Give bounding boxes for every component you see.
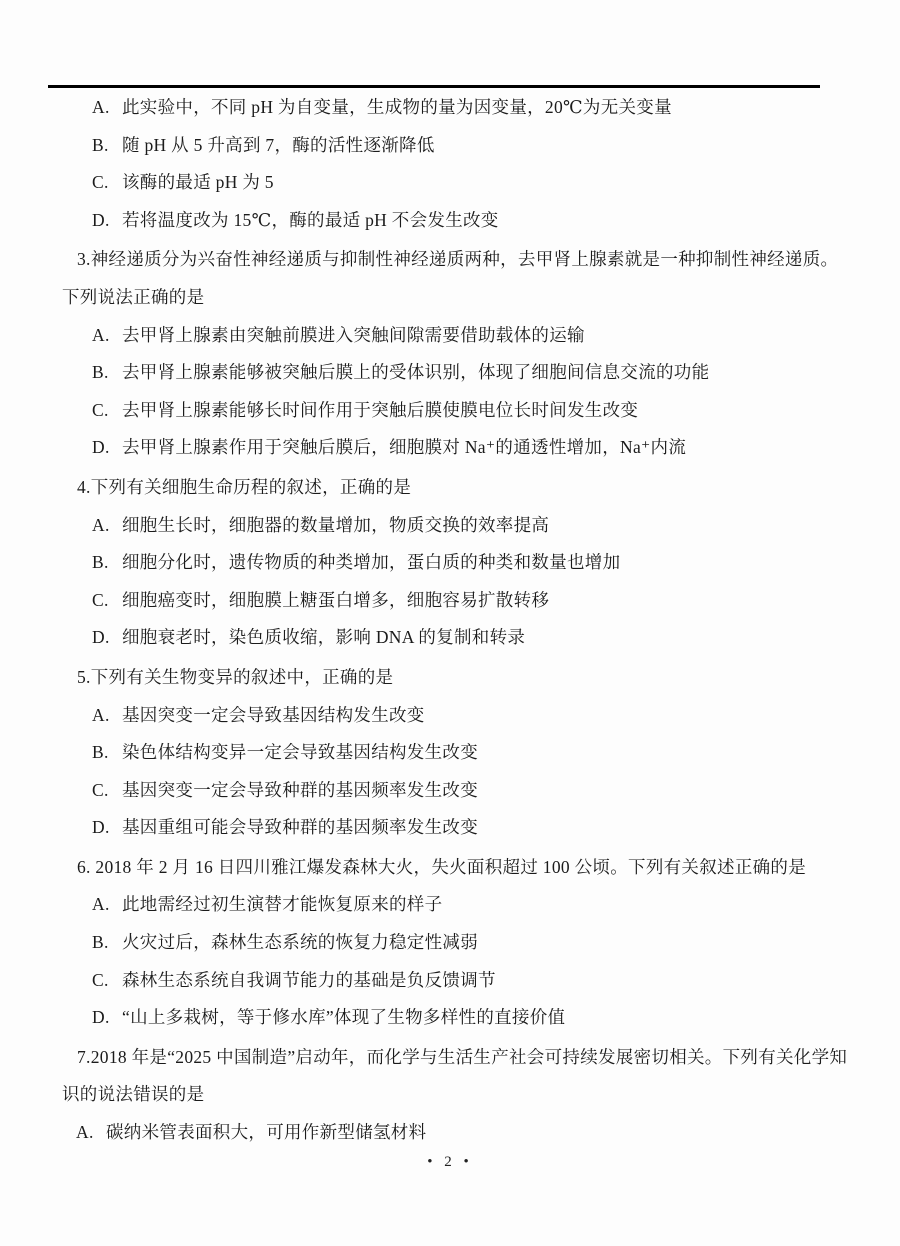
- question-block: 4.下列有关细胞生命历程的叙述，正确的是A.细胞生长时，细胞器的数量增加，物质交…: [0, 469, 860, 657]
- option-text: 该酶的最适 pH 为 5: [122, 164, 848, 202]
- option-text: 细胞衰老时，染色质收缩，影响 DNA 的复制和转录: [122, 619, 848, 657]
- option-row: A.此实验中，不同 pH 为自变量，生成物的量为因变量，20℃为无关变量: [92, 89, 848, 127]
- option-row: B.细胞分化时，遗传物质的种类增加，蛋白质的种类和数量也增加: [92, 544, 848, 582]
- option-text: 基因重组可能会导致种群的基因频率发生改变: [122, 809, 848, 847]
- option-row: D.“山上多栽树，等于修水库”体现了生物多样性的直接价值: [92, 999, 848, 1037]
- option-row: B.火灾过后，森林生态系统的恢复力稳定性减弱: [92, 924, 848, 962]
- option-text: 染色体结构变异一定会导致基因结构发生改变: [122, 734, 848, 772]
- option-label: B.: [92, 734, 122, 772]
- option-text: 基因突变一定会导致种群的基因频率发生改变: [122, 772, 848, 810]
- option-text: 森林生态系统自我调节能力的基础是负反馈调节: [122, 962, 848, 1000]
- option-text: 细胞分化时，遗传物质的种类增加，蛋白质的种类和数量也增加: [122, 544, 848, 582]
- option-label: A.: [92, 886, 122, 924]
- option-label: D.: [92, 619, 122, 657]
- option-label: C.: [92, 164, 122, 202]
- option-text: 细胞生长时，细胞器的数量增加，物质交换的效率提高: [122, 507, 848, 545]
- option-row: B.随 pH 从 5 升高到 7，酶的活性逐渐降低: [92, 127, 848, 165]
- option-row: D.细胞衰老时，染色质收缩，影响 DNA 的复制和转录: [92, 619, 848, 657]
- option-label: A.: [76, 1114, 106, 1152]
- question-stem: 5.下列有关生物变异的叙述中，正确的是: [62, 659, 848, 697]
- option-text: 去甲肾上腺素由突触前膜进入突触间隙需要借助载体的运输: [122, 317, 848, 355]
- option-row: D.去甲肾上腺素作用于突触后膜后，细胞膜对 Na⁺的通透性增加，Na⁺内流: [92, 429, 848, 467]
- option-label: C.: [92, 772, 122, 810]
- question-block: 6. 2018 年 2 月 16 日四川雅江爆发森林大火，失火面积超过 100 …: [0, 849, 860, 1037]
- option-row: C.细胞癌变时，细胞膜上糖蛋白增多，细胞容易扩散转移: [92, 582, 848, 620]
- option-row: C.森林生态系统自我调节能力的基础是负反馈调节: [92, 962, 848, 1000]
- option-label: B.: [92, 544, 122, 582]
- question-block: 3.神经递质分为兴奋性神经递质与抑制性神经递质两种，去甲肾上腺素就是一种抑制性神…: [0, 241, 860, 467]
- option-row: A.此地需经过初生演替才能恢复原来的样子: [92, 886, 848, 924]
- question-stem: 7.2018 年是“2025 中国制造”启动年，而化学与生活生产社会可持续发展密…: [62, 1039, 848, 1114]
- option-row: D.若将温度改为 15℃，酶的最适 pH 不会发生改变: [92, 202, 848, 240]
- option-text: 火灾过后，森林生态系统的恢复力稳定性减弱: [122, 924, 848, 962]
- option-label: B.: [92, 924, 122, 962]
- question-block: 7.2018 年是“2025 中国制造”启动年，而化学与生活生产社会可持续发展密…: [0, 1039, 860, 1152]
- option-text: 去甲肾上腺素能够长时间作用于突触后膜使膜电位长时间发生改变: [122, 392, 848, 430]
- option-label: A.: [92, 697, 122, 735]
- option-label: C.: [92, 582, 122, 620]
- option-label: A.: [92, 89, 122, 127]
- option-text: 若将温度改为 15℃，酶的最适 pH 不会发生改变: [122, 202, 848, 240]
- exam-page: A.此实验中，不同 pH 为自变量，生成物的量为因变量，20℃为无关变量B.随 …: [0, 0, 900, 1246]
- question-stem: 6. 2018 年 2 月 16 日四川雅江爆发森林大火，失火面积超过 100 …: [62, 849, 848, 887]
- option-text: 细胞癌变时，细胞膜上糖蛋白增多，细胞容易扩散转移: [122, 582, 848, 620]
- option-label: C.: [92, 962, 122, 1000]
- option-text: 基因突变一定会导致基因结构发生改变: [122, 697, 848, 735]
- option-row: A.去甲肾上腺素由突触前膜进入突触间隙需要借助载体的运输: [92, 317, 848, 355]
- option-text: “山上多栽树，等于修水库”体现了生物多样性的直接价值: [122, 999, 848, 1037]
- option-row: D.基因重组可能会导致种群的基因频率发生改变: [92, 809, 848, 847]
- option-label: A.: [92, 507, 122, 545]
- option-label: B.: [92, 127, 122, 165]
- option-row: B.染色体结构变异一定会导致基因结构发生改变: [92, 734, 848, 772]
- option-text: 随 pH 从 5 升高到 7，酶的活性逐渐降低: [122, 127, 848, 165]
- option-row: C.基因突变一定会导致种群的基因频率发生改变: [92, 772, 848, 810]
- option-text: 碳纳米管表面积大，可用作新型储氢材料: [106, 1114, 832, 1152]
- question-block: A.此实验中，不同 pH 为自变量，生成物的量为因变量，20℃为无关变量B.随 …: [0, 89, 860, 239]
- option-text: 此地需经过初生演替才能恢复原来的样子: [122, 886, 848, 924]
- exam-content: A.此实验中，不同 pH 为自变量，生成物的量为因变量，20℃为无关变量B.随 …: [0, 89, 860, 1152]
- option-label: D.: [92, 429, 122, 467]
- question-stem: 3.神经递质分为兴奋性神经递质与抑制性神经递质两种，去甲肾上腺素就是一种抑制性神…: [62, 241, 848, 316]
- option-row: A.细胞生长时，细胞器的数量增加，物质交换的效率提高: [92, 507, 848, 545]
- option-label: A.: [92, 317, 122, 355]
- option-row: B.去甲肾上腺素能够被突触后膜上的受体识别，体现了细胞间信息交流的功能: [92, 354, 848, 392]
- option-text: 去甲肾上腺素作用于突触后膜后，细胞膜对 Na⁺的通透性增加，Na⁺内流: [122, 429, 848, 467]
- page-number: • 2 •: [0, 1154, 900, 1171]
- option-label: B.: [92, 354, 122, 392]
- option-row: A.基因突变一定会导致基因结构发生改变: [92, 697, 848, 735]
- question-block: 5.下列有关生物变异的叙述中，正确的是A.基因突变一定会导致基因结构发生改变B.…: [0, 659, 860, 847]
- option-row: C.该酶的最适 pH 为 5: [92, 164, 848, 202]
- header-divider-rule: [48, 85, 820, 88]
- option-text: 去甲肾上腺素能够被突触后膜上的受体识别，体现了细胞间信息交流的功能: [122, 354, 848, 392]
- option-row: C.去甲肾上腺素能够长时间作用于突触后膜使膜电位长时间发生改变: [92, 392, 848, 430]
- question-stem: 4.下列有关细胞生命历程的叙述，正确的是: [62, 469, 848, 507]
- option-label: D.: [92, 202, 122, 240]
- option-label: C.: [92, 392, 122, 430]
- option-row: A.碳纳米管表面积大，可用作新型储氢材料: [76, 1114, 832, 1152]
- option-label: D.: [92, 999, 122, 1037]
- option-label: D.: [92, 809, 122, 847]
- option-text: 此实验中，不同 pH 为自变量，生成物的量为因变量，20℃为无关变量: [122, 89, 848, 127]
